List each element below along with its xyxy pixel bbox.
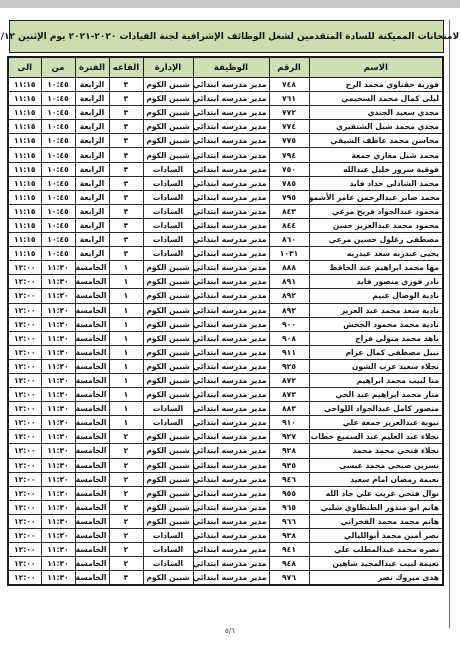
cell-from: ١١:٣٠ xyxy=(41,472,75,486)
column-header-hall: القاعه xyxy=(109,57,143,78)
cell-job: مدير مدرسه ابتدائي xyxy=(193,303,269,317)
table-row: منار محمد ابراهيم عبد الحي ٨٧٣ مدير مدرس… xyxy=(8,388,443,402)
cell-from: ١١:٣٠ xyxy=(41,571,75,586)
cell-from: ١١:٣٠ xyxy=(41,289,75,303)
cell-to: ١٢:٠٠ xyxy=(8,275,41,289)
cell-district: السادات xyxy=(143,402,193,416)
cell-hall: ٣ xyxy=(109,190,143,204)
cell-hall: ٣ xyxy=(109,78,143,92)
cell-to: ١٢:٠٠ xyxy=(8,500,41,514)
cell-period: الخامسة xyxy=(75,500,109,514)
cell-job: مدير مدرسه ابتدائي xyxy=(193,162,269,176)
cell-period: الخامسة xyxy=(75,514,109,528)
cell-number: ٧٦١ xyxy=(269,92,309,106)
cell-number: ٧٧٤ xyxy=(269,120,309,134)
table-row: ليلى كمال محمد السحيمي ٧٦١ مدير مدرسه اب… xyxy=(8,92,443,106)
cell-hall: ١ xyxy=(109,345,143,359)
cell-from: ١١:٣٠ xyxy=(41,430,75,444)
cell-job: مدير مدرسه ابتدائي xyxy=(193,430,269,444)
table-row: نعيمة رمضان امام سعيد ٩٤٦ مدير مدرسه ابت… xyxy=(8,472,443,486)
cell-to: ١٢:٠٠ xyxy=(8,359,41,373)
cell-from: ١٠:٤٥ xyxy=(41,120,75,134)
table-row: نادية محمد محمود الجحش ٩٠٠ مدير مدرسه اب… xyxy=(8,317,443,331)
cell-name: فوقية سرور خليل عبدالله xyxy=(309,162,443,176)
cell-district: شبين الكوم xyxy=(143,120,193,134)
cell-job: مدير مدرسه ابتدائي xyxy=(193,458,269,472)
cell-number: ٨٧٢ xyxy=(269,373,309,387)
cell-name: محمود عبدالجواد فريح مرعي xyxy=(309,204,443,218)
cell-from: ١٠:٤٥ xyxy=(41,190,75,204)
table-body: فوزية حفناوي محمد الرخ ٧٤٨ مدير مدرسه اب… xyxy=(8,78,443,586)
cell-from: ١٠:٤٥ xyxy=(41,218,75,232)
cell-job: مدير مدرسه ابتدائي xyxy=(193,92,269,106)
cell-from: ١٠:٤٥ xyxy=(41,204,75,218)
cell-district: شبين الكوم xyxy=(143,106,193,120)
cell-name: نجلاء فتحي محمد محمد xyxy=(309,444,443,458)
cell-period: الخامسة xyxy=(75,303,109,317)
cell-to: ١١:١٥ xyxy=(8,233,41,247)
cell-district: شبين الكوم xyxy=(143,472,193,486)
page-scan-edge-line xyxy=(449,20,450,628)
cell-to: ١٢:٠٠ xyxy=(8,261,41,275)
cell-period: الرابعة xyxy=(75,106,109,120)
table-row: ناهد محمد متولي فراج ٩٠٨ مدير مدرسه ابتد… xyxy=(8,331,443,345)
cell-job: مدير مدرسه ابتدائي xyxy=(193,317,269,331)
table-row: محمود عبدالجواد فريح مرعي ٨٤٣ مدير مدرسه… xyxy=(8,204,443,218)
cell-to: ١٢:٠٠ xyxy=(8,317,41,331)
cell-to: ١٢:٠٠ xyxy=(8,444,41,458)
table-row: مجدي محمد شبل الشنقيري ٧٧٤ مدير مدرسه اب… xyxy=(8,120,443,134)
cell-number: ٩٦٦ xyxy=(269,514,309,528)
cell-name: منصور كامل عبدالجواد اللواحي xyxy=(309,402,443,416)
cell-job: مدير مدرسه ابتدائي xyxy=(193,275,269,289)
cell-to: ١٢:٠٠ xyxy=(8,458,41,472)
cell-from: ١٠:٤٥ xyxy=(41,247,75,261)
table-row: فوقية سرور خليل عبدالله ٧٥٠ مدير مدرسه ا… xyxy=(8,162,443,176)
cell-job: مدير مدرسه ابتدائي xyxy=(193,134,269,148)
document-title: مواعيد الامتحانات المميكنة للسادة المتقد… xyxy=(9,20,444,53)
cell-job: مدير مدرسه ابتدائي xyxy=(193,388,269,402)
cell-hall: ١ xyxy=(109,275,143,289)
table-row: يحيى عبدربه سعد عبدربه ١٠٣١ مدير مدرسه ا… xyxy=(8,247,443,261)
cell-from: ١١:٣٠ xyxy=(41,557,75,571)
table-row: نصره محمد عبدالمطلب علي ٩٤١ مدير مدرسه ا… xyxy=(8,543,443,557)
cell-period: الرابعة xyxy=(75,92,109,106)
table-row: نعيمة لبيب عبدالمجيد شاهين ٩٤٨ مدير مدرس… xyxy=(8,557,443,571)
table-row: محمد صابر عبدالرحمن عامر الأشموني ٧٩٥ مد… xyxy=(8,190,443,204)
cell-number: ٧٥٠ xyxy=(269,162,309,176)
cell-job: مدير مدرسه ابتدائي xyxy=(193,359,269,373)
table-row: نجلاء فتحي محمد محمد ٩٢٨ مدير مدرسه ابتد… xyxy=(8,444,443,458)
cell-number: ٩٠٨ xyxy=(269,331,309,345)
cell-from: ١٠:٤٥ xyxy=(41,106,75,120)
cell-to: ١١:١٥ xyxy=(8,120,41,134)
cell-period: الخامسة xyxy=(75,261,109,275)
cell-name: منار محمد ابراهيم عبد الحي xyxy=(309,388,443,402)
cell-period: الخامسة xyxy=(75,529,109,543)
cell-district: شبين الكوم xyxy=(143,317,193,331)
column-header-district: الإدارة xyxy=(143,57,193,78)
cell-to: ١٢:٠٠ xyxy=(8,331,41,345)
cell-from: ١١:٣٠ xyxy=(41,458,75,472)
cell-period: الرابعة xyxy=(75,176,109,190)
cell-number: ٩٤٦ xyxy=(269,472,309,486)
cell-name: نادية الوصال غنيم xyxy=(309,289,443,303)
cell-name: نبوية عبدالعزيز جمعة علي xyxy=(309,416,443,430)
cell-hall: ١ xyxy=(109,388,143,402)
cell-hall: ١ xyxy=(109,416,143,430)
cell-period: الخامسة xyxy=(75,317,109,331)
cell-number: ٩٠٠ xyxy=(269,317,309,331)
cell-hall: ١ xyxy=(109,373,143,387)
table-row: مجدي سعيد الجندي ٧٧٢ مدير مدرسه ابتدائي … xyxy=(8,106,443,120)
cell-to: ١٢:٠٠ xyxy=(8,430,41,444)
cell-to: ١٢:٠٠ xyxy=(8,486,41,500)
window-edge-strip xyxy=(0,0,460,8)
cell-district: شبين الكوم xyxy=(143,359,193,373)
cell-district: شبين الكوم xyxy=(143,331,193,345)
cell-number: ٩٢٥ xyxy=(269,359,309,373)
cell-hall: ٣ xyxy=(109,134,143,148)
cell-job: مدير مدرسه ابتدائي xyxy=(193,78,269,92)
table-row: منصور كامل عبدالجواد اللواحي ٨٨٣ مدير مد… xyxy=(8,402,443,416)
cell-from: ١١:٣٠ xyxy=(41,317,75,331)
cell-district: السادات xyxy=(143,162,193,176)
cell-job: مدير مدرسه ابتدائي xyxy=(193,233,269,247)
cell-hall: ٣ xyxy=(109,571,143,586)
cell-number: ٨٩١ xyxy=(269,275,309,289)
cell-job: مدير مدرسه ابتدائي xyxy=(193,261,269,275)
cell-to: ١٢:٠٠ xyxy=(8,571,41,586)
cell-period: الخامسة xyxy=(75,345,109,359)
cell-hall: ٢ xyxy=(109,472,143,486)
cell-district: شبين الكوم xyxy=(143,78,193,92)
cell-job: مدير مدرسه ابتدائي xyxy=(193,148,269,162)
cell-number: ٨٨٨ xyxy=(269,261,309,275)
cell-district: شبين الكوم xyxy=(143,345,193,359)
cell-to: ١١:١٥ xyxy=(8,204,41,218)
cell-to: ١٢:٠٠ xyxy=(8,529,41,543)
cell-hall: ٣ xyxy=(109,120,143,134)
table-row: مها محمد ابراهيم عبد الحافظ ٨٨٨ مدير مدر… xyxy=(8,261,443,275)
table-row: نسرين صبحي محمد عيسى ٩٣٥ مدير مدرسه ابتد… xyxy=(8,458,443,472)
cell-hall: ٢ xyxy=(109,458,143,472)
cell-to: ١٢:٠٠ xyxy=(8,472,41,486)
cell-job: مدير مدرسه ابتدائي xyxy=(193,190,269,204)
cell-job: مدير مدرسه ابتدائي xyxy=(193,543,269,557)
cell-district: شبين الكوم xyxy=(143,373,193,387)
column-header-to: الى xyxy=(8,57,41,78)
cell-number: ٨٩٣ xyxy=(269,303,309,317)
cell-to: ١٢:٠٠ xyxy=(8,303,41,317)
cell-district: السادات xyxy=(143,190,193,204)
cell-from: ١١:٣٠ xyxy=(41,543,75,557)
table-row: نصر أمين محمد أبوالليالي ٩٣٨ مدير مدرسه … xyxy=(8,529,443,543)
cell-name: نصر أمين محمد أبوالليالي xyxy=(309,529,443,543)
cell-name: نجلاء عبد العليم عبد السميع خطاب xyxy=(309,430,443,444)
cell-from: ١٠:٤٥ xyxy=(41,78,75,92)
cell-to: ١٢:٠٠ xyxy=(8,402,41,416)
cell-to: ١١:١٥ xyxy=(8,106,41,120)
cell-from: ١١:٣٠ xyxy=(41,444,75,458)
cell-to: ١٢:٠٠ xyxy=(8,373,41,387)
cell-number: ٨٤٣ xyxy=(269,204,309,218)
table-row: نجلاء عبد العليم عبد السميع خطاب ٩٢٧ مدي… xyxy=(8,430,443,444)
cell-name: مجدي سعيد الجندي xyxy=(309,106,443,120)
cell-to: ١١:١٥ xyxy=(8,190,41,204)
cell-to: ١١:١٥ xyxy=(8,247,41,261)
cell-hall: ٢ xyxy=(109,514,143,528)
cell-number: ٩٢٨ xyxy=(269,444,309,458)
cell-hall: ٣ xyxy=(109,176,143,190)
cell-period: الخامسة xyxy=(75,571,109,586)
cell-period: الخامسة xyxy=(75,557,109,571)
cell-from: ١١:٣٠ xyxy=(41,500,75,514)
cell-from: ١١:٣٠ xyxy=(41,514,75,528)
cell-name: نعيمة لبيب عبدالمجيد شاهين xyxy=(309,557,443,571)
cell-hall: ٣ xyxy=(109,92,143,106)
cell-job: مدير مدرسه ابتدائي xyxy=(193,120,269,134)
cell-period: الخامسة xyxy=(75,402,109,416)
column-header-name: الاسم xyxy=(309,57,443,78)
cell-name: ناهد محمد متولي فراج xyxy=(309,331,443,345)
schedule-table: الاسم الرقم الوظيفة الإدارة القاعه الفتر… xyxy=(7,56,444,586)
cell-number: ٩٤٨ xyxy=(269,557,309,571)
cell-district: السادات xyxy=(143,233,193,247)
cell-number: ١٠٣١ xyxy=(269,247,309,261)
cell-from: ١١:٣٠ xyxy=(41,486,75,500)
cell-district: شبين الكوم xyxy=(143,486,193,500)
cell-period: الرابعة xyxy=(75,218,109,232)
cell-job: مدير مدرسه ابتدائي xyxy=(193,331,269,345)
cell-to: ١٢:٠٠ xyxy=(8,345,41,359)
cell-district: شبين الكوم xyxy=(143,458,193,472)
cell-name: نادية سعد محمد عبد العزيز xyxy=(309,303,443,317)
column-header-number: الرقم xyxy=(269,57,309,78)
cell-name: محمد الشاذلي حداد فايد xyxy=(309,176,443,190)
cell-period: الخامسة xyxy=(75,486,109,500)
table-row: نادر فوزي منصور فايد ٨٩١ مدير مدرسه ابتد… xyxy=(8,275,443,289)
table-row: نادية الوصال غنيم ٨٩٢ مدير مدرسه ابتدائي… xyxy=(8,289,443,303)
cell-period: الرابعة xyxy=(75,78,109,92)
cell-hall: ١ xyxy=(109,261,143,275)
cell-number: ٩٦٥ xyxy=(269,500,309,514)
document-page: مواعيد الامتحانات المميكنة للسادة المتقد… xyxy=(0,0,460,651)
cell-period: الرابعة xyxy=(75,204,109,218)
cell-hall: ٢ xyxy=(109,543,143,557)
cell-hall: ٢ xyxy=(109,486,143,500)
cell-period: الرابعة xyxy=(75,190,109,204)
cell-number: ٩٢٧ xyxy=(269,430,309,444)
cell-job: مدير مدرسه ابتدائي xyxy=(193,204,269,218)
cell-number: ٩٥٥ xyxy=(269,486,309,500)
cell-from: ١١:٣٠ xyxy=(41,529,75,543)
cell-number: ٧٩٥ xyxy=(269,190,309,204)
cell-name: محاسن محمد عاطف الشيفي xyxy=(309,134,443,148)
cell-period: الرابعة xyxy=(75,120,109,134)
table-row: نادية سعد محمد عبد العزيز ٨٩٣ مدير مدرسه… xyxy=(8,303,443,317)
column-header-from: من xyxy=(41,57,75,78)
table-row: منا لبيب محمد ابراهيم ٨٧٢ مدير مدرسه ابت… xyxy=(8,373,443,387)
cell-period: الرابعة xyxy=(75,148,109,162)
table-row: فوزية حفناوي محمد الرخ ٧٤٨ مدير مدرسه اب… xyxy=(8,78,443,92)
cell-to: ١٢:٠٠ xyxy=(8,416,41,430)
cell-hall: ٣ xyxy=(109,218,143,232)
cell-number: ٨٧٣ xyxy=(269,388,309,402)
cell-name: فوزية حفناوي محمد الرخ xyxy=(309,78,443,92)
cell-district: السادات xyxy=(143,557,193,571)
cell-job: مدير مدرسه ابتدائي xyxy=(193,106,269,120)
cell-name: محمد صابر عبدالرحمن عامر الأشموني xyxy=(309,190,443,204)
cell-district: شبين الكوم xyxy=(143,571,193,586)
cell-name: ليلى كمال محمد السحيمي xyxy=(309,92,443,106)
cell-period: الخامسة xyxy=(75,359,109,373)
cell-period: الخامسة xyxy=(75,289,109,303)
cell-name: محمد شبل مغازي جمعة xyxy=(309,148,443,162)
cell-hall: ٣ xyxy=(109,106,143,120)
table-header-row: الاسم الرقم الوظيفة الإدارة القاعه الفتر… xyxy=(8,57,443,78)
cell-job: مدير مدرسه ابتدائي xyxy=(193,571,269,586)
cell-name: نجلاء سعيد عزب الشون xyxy=(309,359,443,373)
cell-from: ١١:٣٠ xyxy=(41,303,75,317)
cell-district: شبين الكوم xyxy=(143,261,193,275)
cell-from: ١١:٣٠ xyxy=(41,373,75,387)
cell-name: نادر فوزي منصور فايد xyxy=(309,275,443,289)
cell-name: نعيمة رمضان امام سعيد xyxy=(309,472,443,486)
cell-district: شبين الكوم xyxy=(143,289,193,303)
cell-number: ٨٦٠ xyxy=(269,233,309,247)
cell-number: ٧٧٥ xyxy=(269,134,309,148)
cell-period: الرابعة xyxy=(75,134,109,148)
table-row: نبيل مصطفى كمال عزام ٩١١ مدير مدرسه ابتد… xyxy=(8,345,443,359)
cell-to: ١١:١٥ xyxy=(8,134,41,148)
cell-hall: ٣ xyxy=(109,233,143,247)
cell-from: ١٠:٤٥ xyxy=(41,92,75,106)
cell-name: مها محمد ابراهيم عبد الحافظ xyxy=(309,261,443,275)
column-header-period: الفترة xyxy=(75,57,109,78)
cell-from: ١١:٣٠ xyxy=(41,345,75,359)
cell-number: ٩١١ xyxy=(269,345,309,359)
cell-hall: ٢ xyxy=(109,500,143,514)
cell-hall: ٢ xyxy=(109,529,143,543)
cell-period: الخامسة xyxy=(75,275,109,289)
cell-job: مدير مدرسه ابتدائي xyxy=(193,529,269,543)
table-row: هانم محمد محمد الفخراني ٩٦٦ مدير مدرسه ا… xyxy=(8,514,443,528)
cell-to: ١١:١٥ xyxy=(8,162,41,176)
cell-job: مدير مدرسه ابتدائي xyxy=(193,472,269,486)
cell-to: ١٢:٠٠ xyxy=(8,514,41,528)
cell-job: مدير مدرسه ابتدائي xyxy=(193,218,269,232)
cell-name: مصطفى زغلول حسين مرعي xyxy=(309,233,443,247)
cell-name: هانم ابو مندور الطنطاوي شلبي xyxy=(309,500,443,514)
table-row: محاسن محمد عاطف الشيفي ٧٧٥ مدير مدرسه اب… xyxy=(8,134,443,148)
cell-job: مدير مدرسه ابتدائي xyxy=(193,402,269,416)
cell-period: الخامسة xyxy=(75,444,109,458)
cell-from: ١١:٣٠ xyxy=(41,261,75,275)
cell-to: ١١:١٥ xyxy=(8,218,41,232)
cell-from: ١٠:٤٥ xyxy=(41,233,75,247)
cell-job: مدير مدرسه ابتدائي xyxy=(193,416,269,430)
cell-period: الرابعة xyxy=(75,247,109,261)
cell-period: الخامسة xyxy=(75,388,109,402)
cell-name: محمود محمد عبدالعزيز حسن xyxy=(309,218,443,232)
cell-from: ١١:٣٠ xyxy=(41,416,75,430)
cell-job: مدير مدرسه ابتدائي xyxy=(193,444,269,458)
cell-hall: ٢ xyxy=(109,557,143,571)
cell-from: ١١:٣٠ xyxy=(41,359,75,373)
cell-district: شبين الكوم xyxy=(143,275,193,289)
cell-job: مدير مدرسه ابتدائي xyxy=(193,557,269,571)
cell-district: السادات xyxy=(143,543,193,557)
cell-hall: ١ xyxy=(109,402,143,416)
cell-period: الخامسة xyxy=(75,331,109,345)
cell-number: ٩٣٥ xyxy=(269,458,309,472)
cell-to: ١٢:٠٠ xyxy=(8,543,41,557)
cell-to: ١١:١٥ xyxy=(8,78,41,92)
cell-name: مجدي محمد شبل الشنقيري xyxy=(309,120,443,134)
cell-period: الخامسة xyxy=(75,373,109,387)
cell-job: مدير مدرسه ابتدائي xyxy=(193,373,269,387)
cell-from: ١١:٣٠ xyxy=(41,275,75,289)
cell-hall: ٣ xyxy=(109,247,143,261)
cell-job: مدير مدرسه ابتدائي xyxy=(193,176,269,190)
cell-period: الخامسة xyxy=(75,472,109,486)
cell-hall: ١ xyxy=(109,317,143,331)
cell-period: الخامسة xyxy=(75,543,109,557)
table-row: نبوية عبدالعزيز جمعة علي ٩١٠ مدير مدرسه … xyxy=(8,416,443,430)
cell-hall: ٣ xyxy=(109,162,143,176)
cell-period: الخامسة xyxy=(75,430,109,444)
cell-district: شبين الكوم xyxy=(143,303,193,317)
cell-district: السادات xyxy=(143,529,193,543)
cell-number: ٧٧٢ xyxy=(269,106,309,120)
cell-to: ١١:١٥ xyxy=(8,176,41,190)
schedule-table-container: الاسم الرقم الوظيفة الإدارة القاعه الفتر… xyxy=(9,56,444,586)
cell-number: ٩٣٨ xyxy=(269,529,309,543)
cell-district: السادات xyxy=(143,416,193,430)
cell-from: ١١:٣٠ xyxy=(41,402,75,416)
cell-from: ١٠:٤٥ xyxy=(41,148,75,162)
cell-district: شبين الكوم xyxy=(143,92,193,106)
cell-number: ٧٨٥ xyxy=(269,176,309,190)
cell-number: ٨٨٣ xyxy=(269,402,309,416)
cell-period: الخامسة xyxy=(75,458,109,472)
table-row: هانم ابو مندور الطنطاوي شلبي ٩٦٥ مدير مد… xyxy=(8,500,443,514)
table-row: نجلاء سعيد عزب الشون ٩٢٥ مدير مدرسه ابتد… xyxy=(8,359,443,373)
cell-hall: ١ xyxy=(109,359,143,373)
cell-to: ١١:١٥ xyxy=(8,92,41,106)
cell-number: ٧٩٤ xyxy=(269,148,309,162)
cell-from: ١٠:٤٥ xyxy=(41,176,75,190)
cell-district: شبين الكوم xyxy=(143,430,193,444)
cell-job: مدير مدرسه ابتدائي xyxy=(193,247,269,261)
cell-to: ١٢:٠٠ xyxy=(8,388,41,402)
cell-number: ٩٤١ xyxy=(269,543,309,557)
cell-district: شبين الكوم xyxy=(143,514,193,528)
cell-to: ١١:١٥ xyxy=(8,148,41,162)
cell-district: شبين الكوم xyxy=(143,388,193,402)
cell-district: السادات xyxy=(143,176,193,190)
cell-name: نسرين صبحي محمد عيسى xyxy=(309,458,443,472)
cell-hall: ١ xyxy=(109,289,143,303)
table-row: محمد شبل مغازي جمعة ٧٩٤ مدير مدرسه ابتدا… xyxy=(8,148,443,162)
cell-job: مدير مدرسه ابتدائي xyxy=(193,289,269,303)
cell-to: ١٢:٠٠ xyxy=(8,289,41,303)
cell-district: شبين الكوم xyxy=(143,444,193,458)
cell-number: ٧٤٨ xyxy=(269,78,309,92)
cell-name: منا لبيب محمد ابراهيم xyxy=(309,373,443,387)
cell-job: مدير مدرسه ابتدائي xyxy=(193,486,269,500)
